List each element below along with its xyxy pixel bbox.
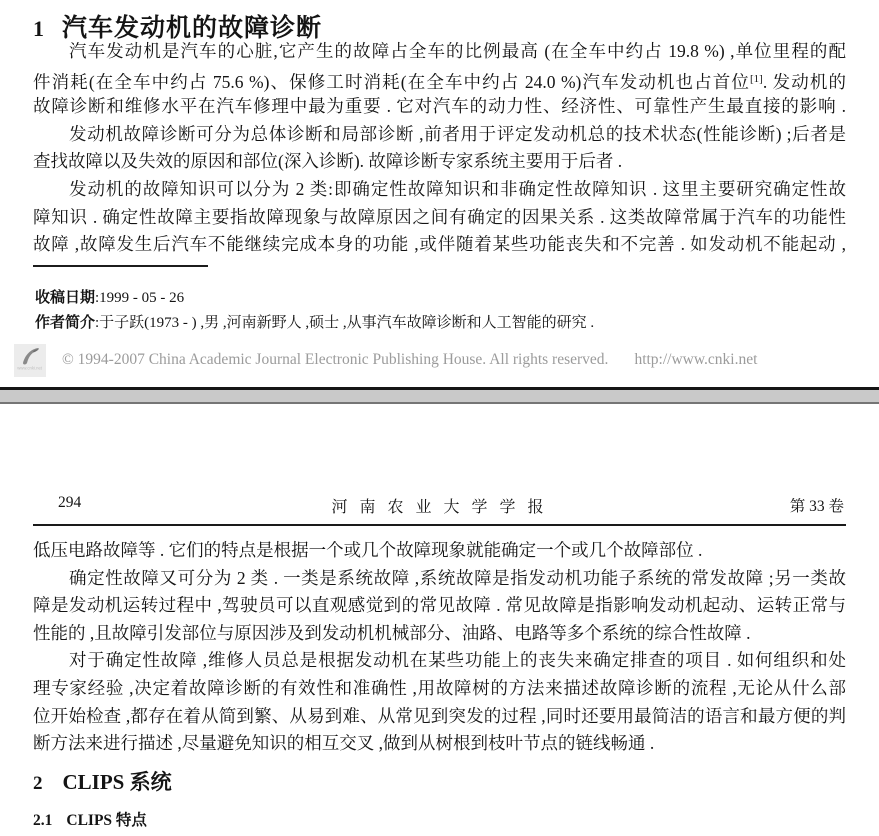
paragraph-line: 汽车发动机是汽车的心脏,它产生的故障占全车的比例最高 (在全车中约占 19.8 … (33, 38, 846, 66)
paragraph-line: 确定性故障又可分为 2 类 . 一类是系统故障 ,系统故障是指发动机功能子系统的… (33, 565, 846, 593)
paragraph-line: 性能的 ,且故障引发部位与原因涉及到发动机机械部分、油路、电路等多个系统的综合性… (33, 620, 846, 648)
author-bio-label: 作者简介 (35, 315, 95, 331)
journal-title: 河 南 农 业 大 学 学 报 (33, 494, 846, 517)
section-2-1-title: CLIPS 特点 (66, 808, 147, 830)
paragraph-line: 位开始检查 ,都存在着从简到繁、从易到难、从常见到突发的过程 ,同时还要用最简洁… (33, 703, 846, 731)
paragraph-line: 理专家经验 ,决定着故障诊断的有效性和准确性 ,用故障树的方法来描述故障诊断的流… (33, 675, 846, 703)
author-bio-value: :于子跃(1973 - ) ,男 ,河南新野人 ,硕士 ,从事汽车故障诊断和人工… (95, 315, 594, 331)
section-2-title: CLIPS 系统 (63, 766, 172, 796)
paragraph-line: 对于确定性故障 ,维修人员总是根据发动机在某些功能上的丧失来确定排查的项目 . … (33, 647, 846, 675)
paragraph-line: 断方法来进行描述 ,尽量避免知识的相互交叉 ,做到从树根到枝叶节点的链线畅通 . (33, 730, 846, 758)
section-2-heading: 2 CLIPS 系统 (33, 766, 172, 796)
journal-header: 294 河 南 农 业 大 学 学 报 第 33 卷 (33, 494, 846, 516)
received-date-line: 收稿日期:1999 - 05 - 26 (35, 288, 835, 308)
paragraph-line: 故障 ,故障发生后汽车不能继续完成本身的功能 ,或伴随着某些功能丧失和不完善 .… (33, 231, 846, 259)
author-bio-line: 作者简介:于子跃(1973 - ) ,男 ,河南新野人 ,硕士 ,从事汽车故障诊… (35, 313, 835, 333)
section-2-1-heading: 2.1 CLIPS 特点 (33, 808, 147, 830)
paragraph-line: 障知识 . 确定性故障主要指故障现象与故障原因之间有确定的因果关系 . 这类故障… (33, 204, 846, 232)
paragraph-line: 件消耗(在全车中约占 75.6 %)、保修工时消耗(在全车中约占 24.0 %)… (33, 66, 846, 94)
paragraph-line: 查找故障以及失效的原因和部位(深入诊断). 故障诊断专家系统主要用于后者 . (33, 148, 846, 176)
section-2-1-number: 2.1 (33, 812, 52, 830)
line-text: . 发动机的 (763, 72, 846, 92)
paragraph-line: 发动机的故障知识可以分为 2 类:即确定性故障知识和非确定性故障知识 . 这里主… (33, 176, 846, 204)
body-text-page2: 低压电路故障等 . 它们的特点是根据一个或几个故障现象就能确定一个或几个故障部位… (33, 537, 846, 758)
volume-label: 第 33 卷 (790, 494, 844, 516)
paragraph-line: 故障诊断和维修水平在汽车修理中最为重要 . 它对汽车的动力性、经济性、可靠性产生… (33, 93, 846, 121)
footnote-divider (33, 265, 208, 267)
paragraph-line: 发动机故障诊断可分为总体诊断和局部诊断 ,前者用于评定发动机总的技术状态(性能诊… (33, 121, 846, 149)
paragraph-line: 低压电路故障等 . 它们的特点是根据一个或几个故障现象就能确定一个或几个故障部位… (33, 537, 846, 565)
line-text: 件消耗(在全车中约占 75.6 %)、保修工时消耗(在全车中约占 24.0 %)… (33, 72, 750, 92)
copyright-notice: © 1994-2007 China Academic Journal Elect… (62, 351, 757, 369)
copyright-text: © 1994-2007 China Academic Journal Elect… (62, 351, 608, 368)
ref-superscript: [1] (750, 73, 763, 85)
cnki-swoosh-icon (19, 346, 41, 366)
page-separator (0, 387, 879, 404)
body-text-page1: 汽车发动机是汽车的心脏,它产生的故障占全车的比例最高 (在全车中约占 19.8 … (33, 38, 846, 259)
copyright-url: http://www.cnki.net (634, 351, 757, 368)
cnki-logo: www.cnki.net (14, 344, 46, 377)
cnki-logo-caption: www.cnki.net (18, 366, 43, 371)
received-date-value: :1999 - 05 - 26 (95, 290, 184, 306)
header-rule (33, 524, 846, 526)
section-2-number: 2 (33, 773, 43, 795)
received-date-label: 收稿日期 (35, 290, 95, 306)
document-viewer: 1 汽车发动机的故障诊断 汽车发动机是汽车的心脏,它产生的故障占全车的比例最高 … (0, 0, 879, 836)
paragraph-line: 障是发动机运转过程中 ,驾驶员可以直观感觉到的常见故障 . 常见故障是指影响发动… (33, 592, 846, 620)
